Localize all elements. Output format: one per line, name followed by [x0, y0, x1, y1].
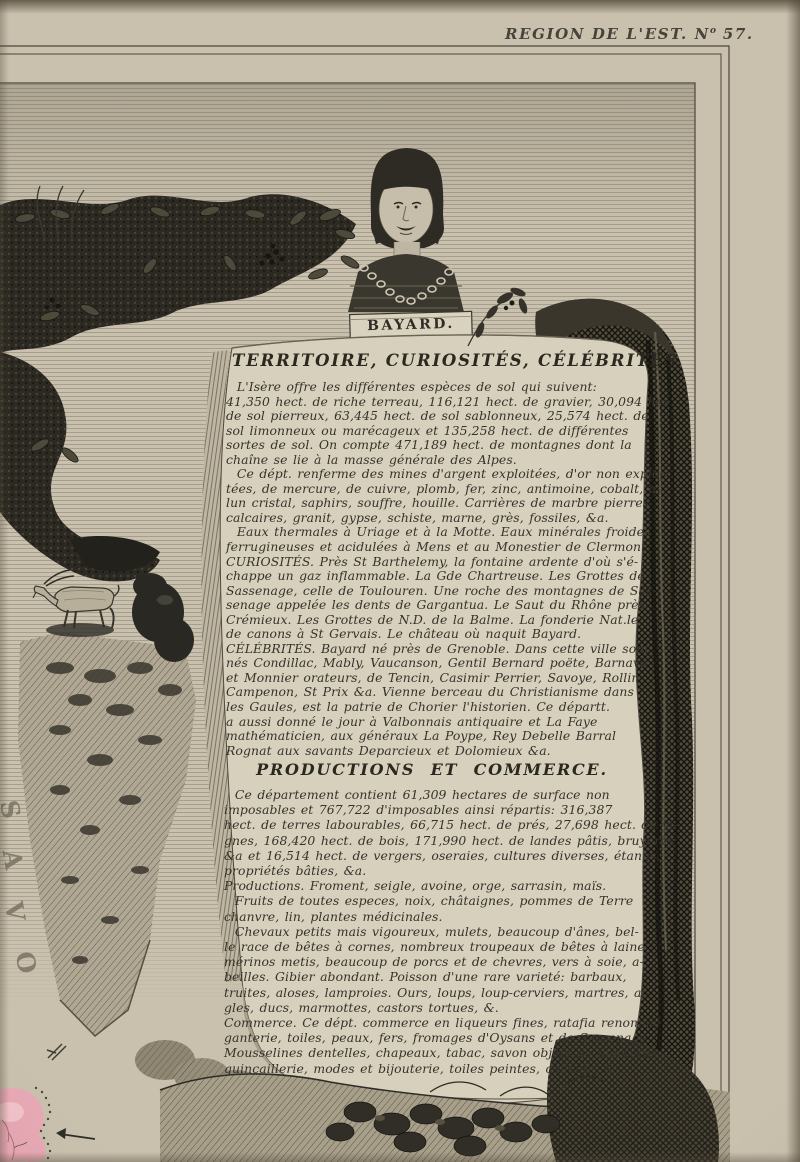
scroll-section-title: TERRITOIRE, CURIOSITÉS, CÉLÉBRITÉS [232, 351, 632, 370]
text-line: chappe un gaz inflammable. La Gde Chartr… [226, 569, 640, 584]
text-line: quincaillerie, modes et bijouterie, toil… [224, 1061, 642, 1076]
text-line: Fruits de toutes especes, noix, châtaign… [224, 893, 642, 908]
pen-mark [47, 1044, 66, 1060]
bust-caption: BAYARD. [352, 315, 470, 334]
text-line: Crémieux. Les Grottes de N.D. de la Balm… [226, 613, 640, 628]
text-line: L'Isère offre les différentes espèces de… [226, 380, 640, 395]
bayard-bust [348, 148, 464, 312]
region-title: REGION DE L'EST. [505, 25, 688, 43]
text-line: nés Condillac, Mably, Vaucanson, Gentil … [226, 656, 640, 671]
text-line: sortes de sol. On compte 471,189 hect. d… [226, 438, 640, 453]
text-line: a aussi donné le jour à Valbonnais antiq… [226, 715, 640, 730]
text-line: lun cristal, saphirs, souffre, houille. … [226, 496, 640, 511]
text-line: de sol pierreux, 63,445 hect. de sol sab… [226, 409, 640, 424]
sheet-number: No 57. [695, 25, 754, 43]
text-line: mathématicien, aux généraux La Poype, Re… [226, 729, 640, 744]
sheet-edge-top [0, 0, 800, 14]
text-line: gles, ducs, marmottes, castors tortues, … [224, 1000, 642, 1015]
territoire-text-block: L'Isère offre les différentes espèces de… [226, 380, 640, 758]
text-line: &a et 16,514 hect. de vergers, oseraies,… [224, 848, 642, 863]
text-line: le race de bêtes à cornes, nombreux trou… [224, 939, 642, 954]
text-line: Sassenage, celle de Toulouren. Une roche… [226, 584, 640, 599]
text-line: senage appelée les dents de Gargantua. L… [226, 598, 640, 613]
sheet-edge-left [0, 0, 9, 1162]
productions-text-block: Ce département contient 61,309 hectares … [224, 787, 642, 1076]
productions-heading: PRODUCTIONS ET COMMERCE. [232, 760, 632, 779]
text-line: beilles. Gibier abondant. Poisson d'une … [224, 969, 642, 984]
text-line: Commerce. Ce dépt. commerce en liqueurs … [224, 1015, 642, 1030]
text-line: calcaires, granit, gypse, schiste, marne… [226, 511, 640, 526]
sheet-edge-right [786, 0, 800, 1162]
text-line: tées, de mercure, de cuivre, plomb, fer,… [226, 482, 640, 497]
text-line: imposables et 767,722 d'imposables ainsi… [224, 802, 642, 817]
text-line: propriétés bâties, &a. [224, 863, 642, 878]
text-line: Productions. Froment, seigle, avoine, or… [224, 878, 642, 893]
text-line: de canons à St Gervais. Le château où na… [226, 627, 640, 642]
direction-arrow [56, 1128, 95, 1139]
text-line: sol limonneux ou marécageux et 135,258 h… [226, 424, 640, 439]
text-line: Rognat aux savants Deparcieux et Dolomie… [226, 744, 640, 759]
text-line: 41,350 hect. de riche terreau, 116,121 h… [226, 395, 640, 410]
text-line: mérinos metis, beaucoup de porcs et de c… [224, 954, 642, 969]
text-line: les Gaules, est la patrie de Chorier l'h… [226, 700, 640, 715]
text-line: Campenon, St Prix &a. Vienne berceau du … [226, 685, 640, 700]
text-line: gnes, 168,420 hect. de bois, 171,990 hec… [224, 833, 642, 848]
text-line: ferrugineuses et acidulées à Mens et au … [226, 540, 640, 555]
text-line: Eaux thermales à Uriage et à la Motte. E… [226, 525, 640, 540]
sheet-header: REGION DE L'EST. No 57. [505, 25, 733, 43]
text-line: truites, aloses, lamproies. Ours, loups,… [224, 985, 642, 1000]
text-line: Mousselines dentelles, chapeaux, tabac, … [224, 1045, 642, 1060]
text-line: hect. de terres labourables, 66,715 hect… [224, 817, 642, 832]
text-line: Ce dépt. renferme des mines d'argent exp… [226, 467, 640, 482]
sheet-edge-bottom [0, 1152, 800, 1162]
text-line: chanvre, lin, plantes médicinales. [224, 909, 642, 924]
antique-map-sheet-photo: REGION DE L'EST. No 57. BAYARD. TERRITOI… [0, 0, 800, 1162]
text-line: Ce département contient 61,309 hectares … [224, 787, 642, 802]
text-line: CURIOSITÉS. Près St Barthelemy, la fonta… [226, 555, 640, 570]
text-line: chaîne se lie à la masse générale des Al… [226, 453, 640, 468]
text-line: CÉLÉBRITÉS. Bayard né près de Grenoble. … [226, 642, 640, 657]
text-line: ganterie, toiles, peaux, fers, fromages … [224, 1030, 642, 1045]
text-line: Chevaux petits mais vigoureux, mulets, b… [224, 924, 642, 939]
text-line: et Monnier orateurs, de Tencin, Casimir … [226, 671, 640, 686]
